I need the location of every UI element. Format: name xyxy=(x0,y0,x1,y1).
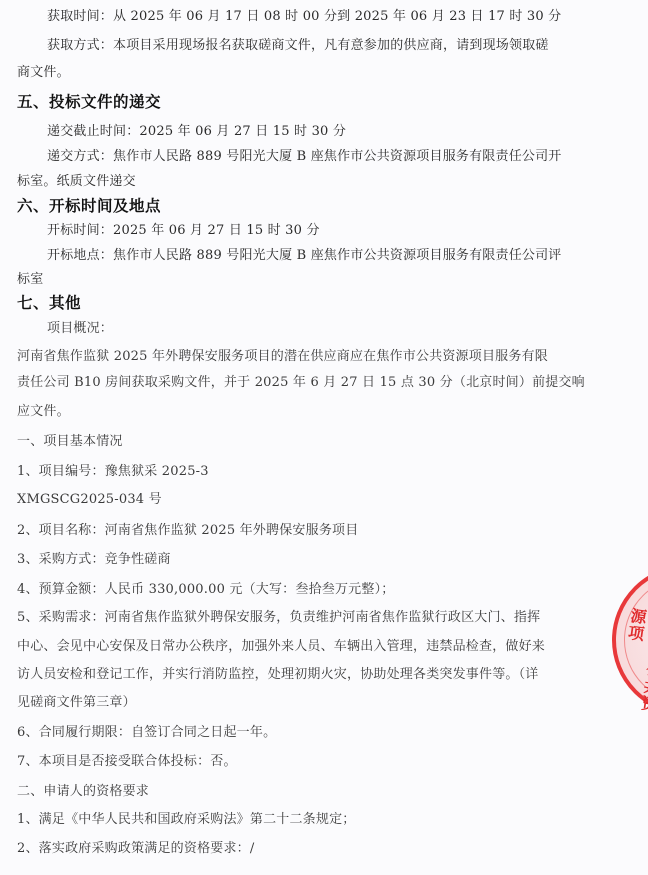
requirements-line-2: 中心、会见中心安保及日常办公秩序，加强外来人员、车辆出入管理，违禁品检查，做好来 xyxy=(17,639,545,655)
overview-line-3: 应文件。 xyxy=(17,404,70,420)
opening-time: 开标时间：2025 年 06 月 27 日 15 时 30 分 xyxy=(47,223,320,239)
section-heading-7: 七、其他 xyxy=(17,295,81,311)
submission-method-cont: 标室。纸质文件递交 xyxy=(17,174,136,190)
section-heading-6: 六、开标时间及地点 xyxy=(17,198,161,214)
project-name: 2、项目名称：河南省焦作监狱 2025 年外聘保安服务项目 xyxy=(17,523,358,539)
overview-line-1: 河南省焦作监狱 2025 年外聘保安服务项目的潜在供应商应在焦作市公共资源项目服… xyxy=(17,349,548,365)
contract-period: 6、合同履行期限：自签订合同之日起一年。 xyxy=(17,725,276,741)
basic-info-heading: 一、项目基本情况 xyxy=(17,434,123,450)
acquisition-time: 获取时间：从 2025 年 06 月 17 日 08 时 00 分到 2025 … xyxy=(47,9,561,25)
official-seal-stamp: 焦作市公共资源项 xyxy=(612,565,648,715)
project-overview-label: 项目概况： xyxy=(47,321,113,337)
qualification-2: 2、落实政府采购政策满足的资格要求：/ xyxy=(17,841,254,857)
qualification-heading: 二、申请人的资格要求 xyxy=(17,784,149,800)
consortium-bidding: 7、本项目是否接受联合体投标：否。 xyxy=(17,754,237,770)
acquisition-method-cont: 商文件。 xyxy=(17,65,70,81)
opening-location-cont: 标室 xyxy=(17,272,43,288)
requirements-line-4: 见磋商文件第三章） xyxy=(17,695,136,711)
submission-deadline: 递交截止时间：2025 年 06 月 27 日 15 时 30 分 xyxy=(47,124,346,140)
procurement-method: 3、采购方式：竞争性磋商 xyxy=(17,552,171,568)
project-number: 1、项目编号：豫焦狱采 2025-3 xyxy=(17,464,209,480)
overview-line-2: 责任公司 B10 房间获取采购文件，并于 2025 年 6 月 27 日 15 … xyxy=(17,375,585,391)
requirements-line-1: 5、采购需求：河南省焦作监狱外聘保安服务，负责维护河南省焦作监狱行政区大门、指挥 xyxy=(17,610,540,626)
qualification-1: 1、满足《中华人民共和国政府采购法》第二十二条规定； xyxy=(17,812,355,828)
acquisition-method: 获取方式：本项目采用现场报名获取磋商文件，凡有意参加的供应商，请到现场领取磋 xyxy=(47,38,549,54)
document-page: 获取时间：从 2025 年 06 月 17 日 08 时 00 分到 2025 … xyxy=(0,0,648,875)
submission-method: 递交方式：焦作市人民路 889 号阳光大厦 B 座焦作市公共资源项目服务有限责任… xyxy=(47,149,562,165)
project-number-cont: XMGSCG2025-034 号 xyxy=(17,492,162,508)
requirements-line-3: 访人员安检和登记工作，并实行消防监控，处理初期火灾，协助处理各类突发事件等。（详 xyxy=(17,667,539,683)
opening-location: 开标地点：焦作市人民路 889 号阳光大厦 B 座焦作市公共资源项目服务有限责任… xyxy=(47,248,562,264)
section-heading-5: 五、投标文件的递交 xyxy=(17,94,161,110)
budget-amount: 4、预算金额：人民币 330,000.00 元（大写：叁拾叁万元整）； xyxy=(17,582,394,598)
seal-text: 焦作市公共资源项 xyxy=(613,606,648,713)
